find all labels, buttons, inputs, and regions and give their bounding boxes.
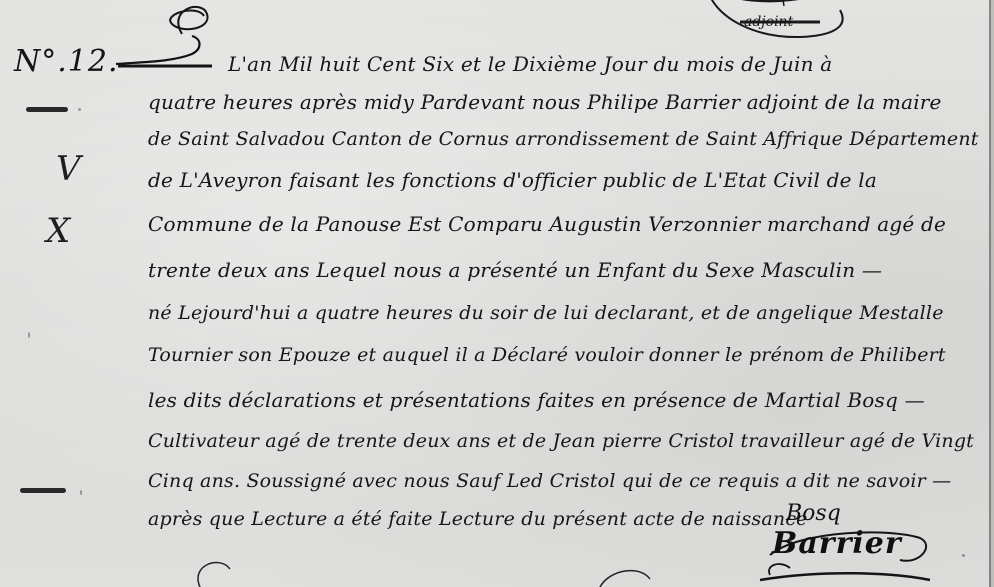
record-line-12: après que Lecture a été faite Lecture du… (148, 508, 808, 530)
scanned-register-page: adjoint N°.12. V X L'an Mil huit Cent Si… (0, 0, 994, 587)
record-line-8: Tournier son Epouze et auquel il a Décla… (148, 344, 946, 366)
margin-v-mark: V (56, 152, 81, 186)
paper-speck (28, 332, 30, 338)
opening-letter-flourish-icon (112, 4, 222, 74)
margin-dash-mark (20, 488, 66, 493)
paper-speck (962, 554, 965, 557)
record-line-2: quatre heures après midy Pardevant nous … (148, 90, 942, 114)
margin-x-mark: X (46, 214, 70, 248)
record-line-9: les dits déclarations et présentations f… (148, 388, 925, 412)
record-line-11: Cinq ans. Soussigné avec nous Sauf Led C… (148, 470, 951, 492)
record-line-10: Cultivateur agé de trente deux ans et de… (148, 430, 974, 452)
record-line-6: trente deux ans Lequel nous a présenté u… (148, 258, 882, 282)
signature-barrier: Barrier (772, 526, 902, 561)
record-line-1: L'an Mil huit Cent Six et le Dixième Jou… (228, 52, 832, 76)
record-line-3: de Saint Salvadou Canton de Cornus arron… (148, 128, 979, 150)
record-line-4: de L'Aveyron faisant les fonctions d'off… (148, 168, 877, 192)
next-entry-fragment-icon (180, 555, 680, 587)
record-line-5: Commune de la Panouse Est Comparu August… (148, 212, 946, 236)
paper-speck (80, 490, 82, 495)
entry-number: N°.12. (14, 44, 119, 79)
margin-dash-mark (26, 107, 68, 112)
adjoint-stamp-label: adjoint (744, 14, 793, 30)
paper-speck (78, 108, 81, 111)
record-line-7: né Lejourd'hui a quatre heures du soir d… (148, 302, 944, 324)
